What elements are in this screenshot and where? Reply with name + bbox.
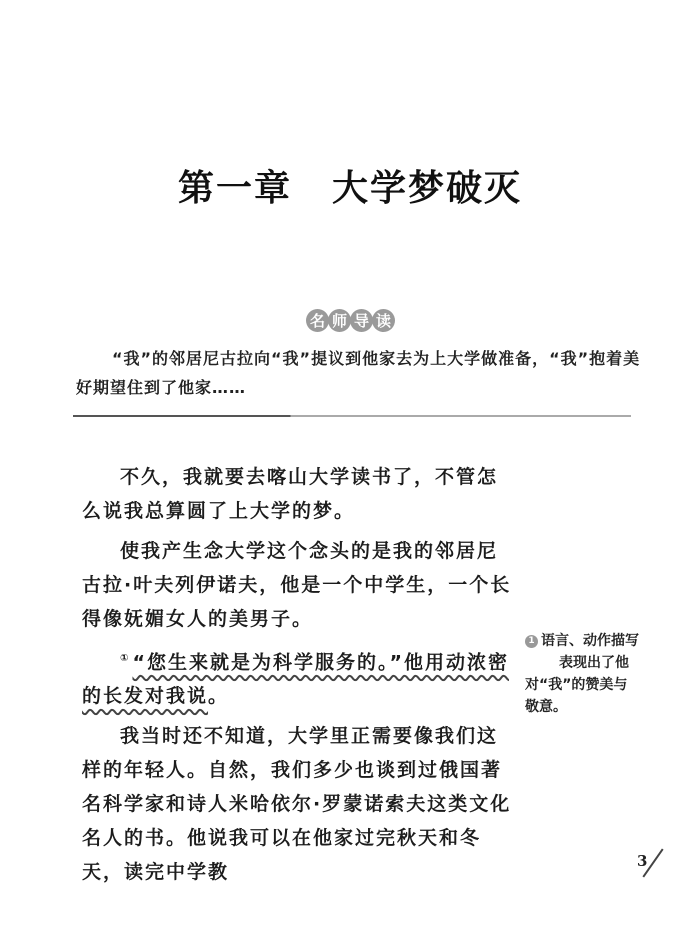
chapter-number: 第一章 [178, 167, 292, 209]
annotation-number-icon: 1 [525, 635, 538, 648]
paragraph: 我当时还不知道，大学里正需要像我们这样的年轻人。自然，我们多少也谈到过俄国著名科… [82, 719, 512, 889]
section-divider [73, 415, 631, 417]
punctuation: 。 [208, 685, 229, 707]
underlined-quote: “您生来就是为科学服务的。”他用动浓密的长发对我说 [82, 651, 509, 707]
annotation-marker: ① [120, 653, 130, 664]
guide-text: “我”的邻居尼古拉向“我”提议到他家去为上大学做准备，“我”抱着美好期望住到了他… [76, 344, 642, 402]
chapter-name: 大学梦破灭 [332, 167, 522, 209]
note-line: 敬意。 [525, 696, 650, 718]
chapter-title: 第一章大学梦破灭 [0, 160, 700, 211]
paragraph: 使我产生念大学这个念头的是我的邻居尼古拉·叶夫列伊诺夫，他是一个中学生，一个长得… [82, 534, 512, 636]
paragraph-annotated: ①“您生来就是为科学服务的。”他用动浓密的长发对我说。 [82, 642, 512, 713]
margin-annotation: 1语言、动作描写 表现出了他 对“我”的赞美与 敬意。 [525, 630, 650, 718]
note-line: 对“我”的赞美与 [525, 674, 650, 696]
badge-char: 师 [328, 309, 351, 332]
guide-badge: 名 师 导 读 [306, 309, 394, 332]
main-text: 不久，我就要去喀山大学读书了，不管怎么说我总算圆了上大学的梦。 使我产生念大学这… [82, 460, 512, 895]
paragraph: 不久，我就要去喀山大学读书了，不管怎么说我总算圆了上大学的梦。 [82, 460, 512, 528]
page-number: 3 [637, 852, 647, 870]
badge-char: 导 [350, 309, 373, 332]
badge-char: 名 [306, 309, 329, 332]
note-line: 语言、动作描写 [541, 633, 639, 649]
badge-char: 读 [372, 309, 395, 332]
note-line: 表现出了他 [525, 652, 650, 674]
